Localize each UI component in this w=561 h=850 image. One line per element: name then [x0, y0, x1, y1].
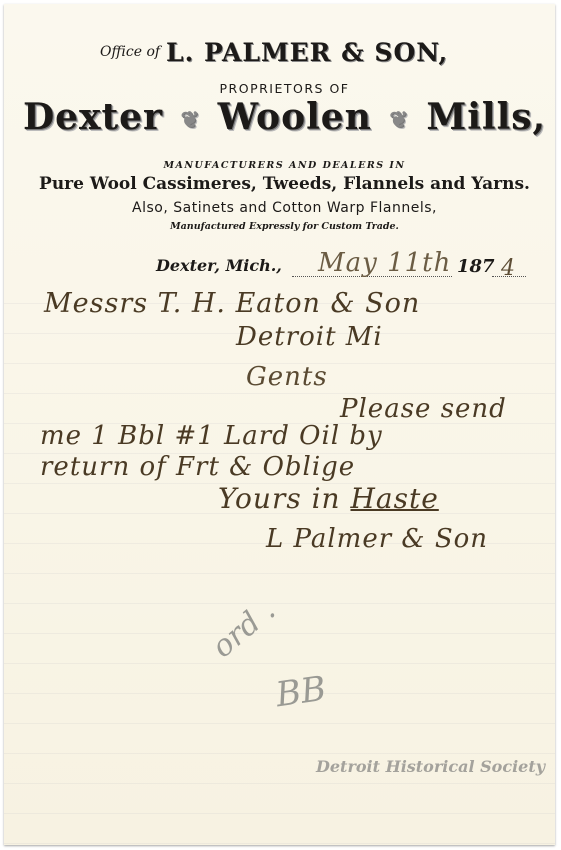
handwritten-date: May 11th — [318, 248, 451, 278]
handwritten-body-line: me 1 Bbl #1 Lard Oil by — [40, 421, 383, 451]
handwritten-addressee: Messrs T. H. Eaton & Son — [44, 288, 420, 319]
handwritten-body-line: Please send — [340, 394, 507, 424]
mill-name: Dexter ❦ Woolen ❦ Mills, — [4, 96, 561, 138]
pencil-initials: BB — [273, 669, 328, 716]
letter-page: Office of L. PALMER & SON, PROPRIETORS O… — [4, 4, 555, 845]
products-line: Pure Wool Cassimeres, Tweeds, Flannels a… — [4, 174, 561, 194]
dateline-year-printed: 187 — [457, 256, 495, 277]
handwritten-city: Detroit Mi — [236, 322, 383, 352]
manufacturers-label: MANUFACTURERS AND DEALERS IN — [4, 160, 561, 171]
office-of-label: Office of — [100, 44, 160, 60]
watermark: Detroit Historical Society — [316, 757, 545, 776]
handwritten-closing: Yours in Haste — [218, 482, 439, 515]
custom-trade-line: Manufactured Expressly for Custom Trade. — [4, 221, 561, 232]
closing-emphasis: Haste — [350, 482, 438, 515]
proprietors-label: PROPRIETORS OF — [4, 81, 561, 96]
closing-prefix: Yours in — [218, 482, 350, 515]
handwritten-body-line: return of Frt & Oblige — [40, 452, 355, 482]
flourish-ornament-icon: ❦ — [177, 107, 204, 133]
dateline-place: Dexter, Mich., — [156, 256, 282, 275]
handwritten-year-digit: 4 — [501, 256, 516, 281]
mill-word-dexter: Dexter — [23, 96, 163, 138]
handwritten-signature: L Palmer & Son — [266, 524, 488, 554]
mill-word-woolen: Woolen — [218, 96, 372, 138]
firm-name: L. PALMER & SON, — [166, 38, 448, 67]
mill-word-mills: Mills, — [426, 96, 546, 138]
also-line: Also, Satinets and Cotton Warp Flannels, — [4, 200, 561, 216]
flourish-ornament-icon: ❦ — [385, 107, 412, 133]
handwritten-salutation: Gents — [246, 362, 328, 392]
